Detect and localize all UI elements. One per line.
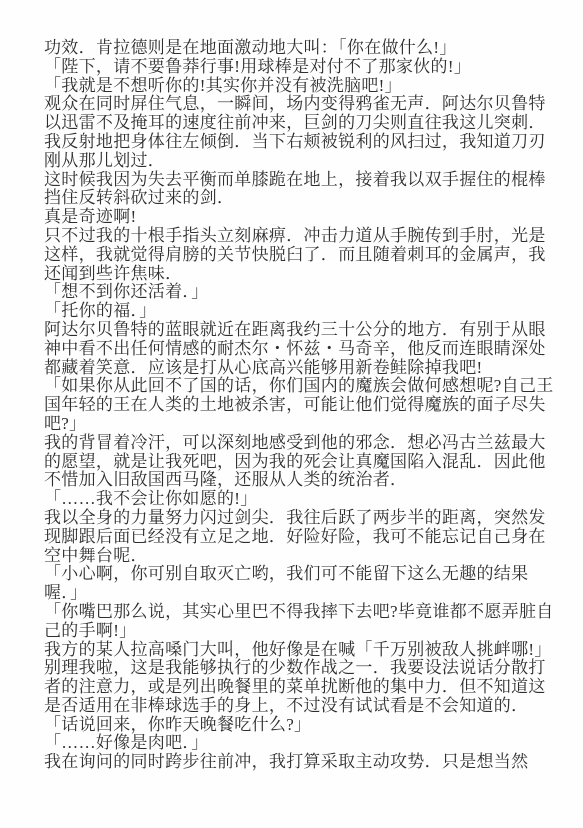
text-line: 「如果你从此回不了国的话，你们国内的魔族会做何感想呢?自己王 bbox=[44, 377, 544, 396]
text-block: 功效．肯拉德则是在地面激动地大叫：「你在做什么!」「陛下，请不要鲁莽行事!用球棒… bbox=[44, 39, 544, 772]
text-line: 挡住反转斜砍过来的剑． bbox=[44, 189, 544, 208]
text-line: 不惜加入旧敌国西马隆，还服从人类的统治者． bbox=[44, 471, 544, 490]
text-line: 阿达尔贝鲁特的蓝眼就近在距离我约三十公分的地方．有别于从眼 bbox=[44, 321, 544, 340]
text-line: 喔．」 bbox=[44, 584, 544, 603]
text-line: 是否适用在非棒球选手的身上，不过没有试试看是不会知道的． bbox=[44, 697, 544, 716]
text-line: 「……我不会让你如愿的!」 bbox=[44, 490, 544, 509]
text-line: 「话说回来，你昨天晚餐吃什么?」 bbox=[44, 716, 544, 735]
text-line: 我在询问的同时跨步往前冲，我打算采取主动攻势．只是想当然 bbox=[44, 753, 544, 772]
text-line: 我方的某人拉高嗓门大叫，他好像是在喊「千万别被敌人挑衅哪!」 bbox=[44, 641, 544, 660]
text-line: 「托你的福．」 bbox=[44, 302, 544, 321]
text-line: 现脚跟后面已经没有立足之地．好险好险，我可不能忘记自己身在 bbox=[44, 528, 544, 547]
text-line: 「小心啊，你可别自取灭亡哟，我们可不能留下这么无趣的结果 bbox=[44, 565, 544, 584]
text-line: 者的注意力，或是列出晚餐里的菜单扰断他的集中力．但不知道这 bbox=[44, 678, 544, 697]
text-line: 我反射地把身体往左倾倒．当下右颊被锐利的风扫过，我知道刀刃 bbox=[44, 133, 544, 152]
novel-page: 功效．肯拉德则是在地面激动地大叫：「你在做什么!」「陛下，请不要鲁莽行事!用球棒… bbox=[0, 0, 583, 828]
text-line: 空中舞台呢． bbox=[44, 547, 544, 566]
text-line: 己的手啊!」 bbox=[44, 622, 544, 641]
text-line: 这样，我就觉得肩膀的关节快脱臼了．而且随着刺耳的金属声，我 bbox=[44, 246, 544, 265]
text-line: 「你嘴巴那么说，其实心里巴不得我摔下去吧?毕竟谁都不愿弄脏自 bbox=[44, 603, 544, 622]
text-line: 还闻到些许焦味． bbox=[44, 265, 544, 284]
text-line: 以迅雷不及掩耳的速度往前冲来，巨剑的刀尖则直往我这儿突刺． bbox=[44, 114, 544, 133]
text-line: 刚从那儿划过． bbox=[44, 152, 544, 171]
text-line: 「想不到你还活着．」 bbox=[44, 283, 544, 302]
text-line: 都藏着笑意．应该是打从心底高兴能够用新卷鲑除掉我吧! bbox=[44, 359, 544, 378]
text-line: 功效．肯拉德则是在地面激动地大叫：「你在做什么!」 bbox=[44, 39, 544, 58]
text-line: 我以全身的力量努力闪过剑尖．我往后跃了两步半的距离，突然发 bbox=[44, 509, 544, 528]
text-line: 神中看不出任何情感的耐杰尔・怀兹・马奇辛，他反而连眼睛深处 bbox=[44, 340, 544, 359]
text-line: 国年轻的王在人类的土地被杀害，可能让他们觉得魔族的面子尽失 bbox=[44, 396, 544, 415]
text-line: 「我就是不想听你的!其实你并没有被洗脑吧!」 bbox=[44, 77, 544, 96]
text-line: 吧?」 bbox=[44, 415, 544, 434]
text-line: 的愿望，就是让我死吧，因为我的死会让真魔国陷入混乱．因此他 bbox=[44, 453, 544, 472]
text-line: 真是奇迹啊! bbox=[44, 208, 544, 227]
text-line: 这时候我因为失去平衡而单膝跪在地上，接着我以双手握住的棍棒 bbox=[44, 171, 544, 190]
text-line: 只不过我的十根手指头立刻麻痹．冲击力道从手腕传到手肘，光是 bbox=[44, 227, 544, 246]
text-line: 观众在同时屏住气息，一瞬间，场内变得鸦雀无声．阿达尔贝鲁特 bbox=[44, 95, 544, 114]
text-line: 别理我啦，这是我能够执行的少数作战之一．我要设法说话分散打 bbox=[44, 659, 544, 678]
text-line: 「……好像是肉吧．」 bbox=[44, 734, 544, 753]
text-line: 我的背冒着冷汗，可以深刻地感受到他的邪念．想必冯古兰兹最大 bbox=[44, 434, 544, 453]
text-line: 「陛下，请不要鲁莽行事!用球棒是对付不了那家伙的!」 bbox=[44, 58, 544, 77]
